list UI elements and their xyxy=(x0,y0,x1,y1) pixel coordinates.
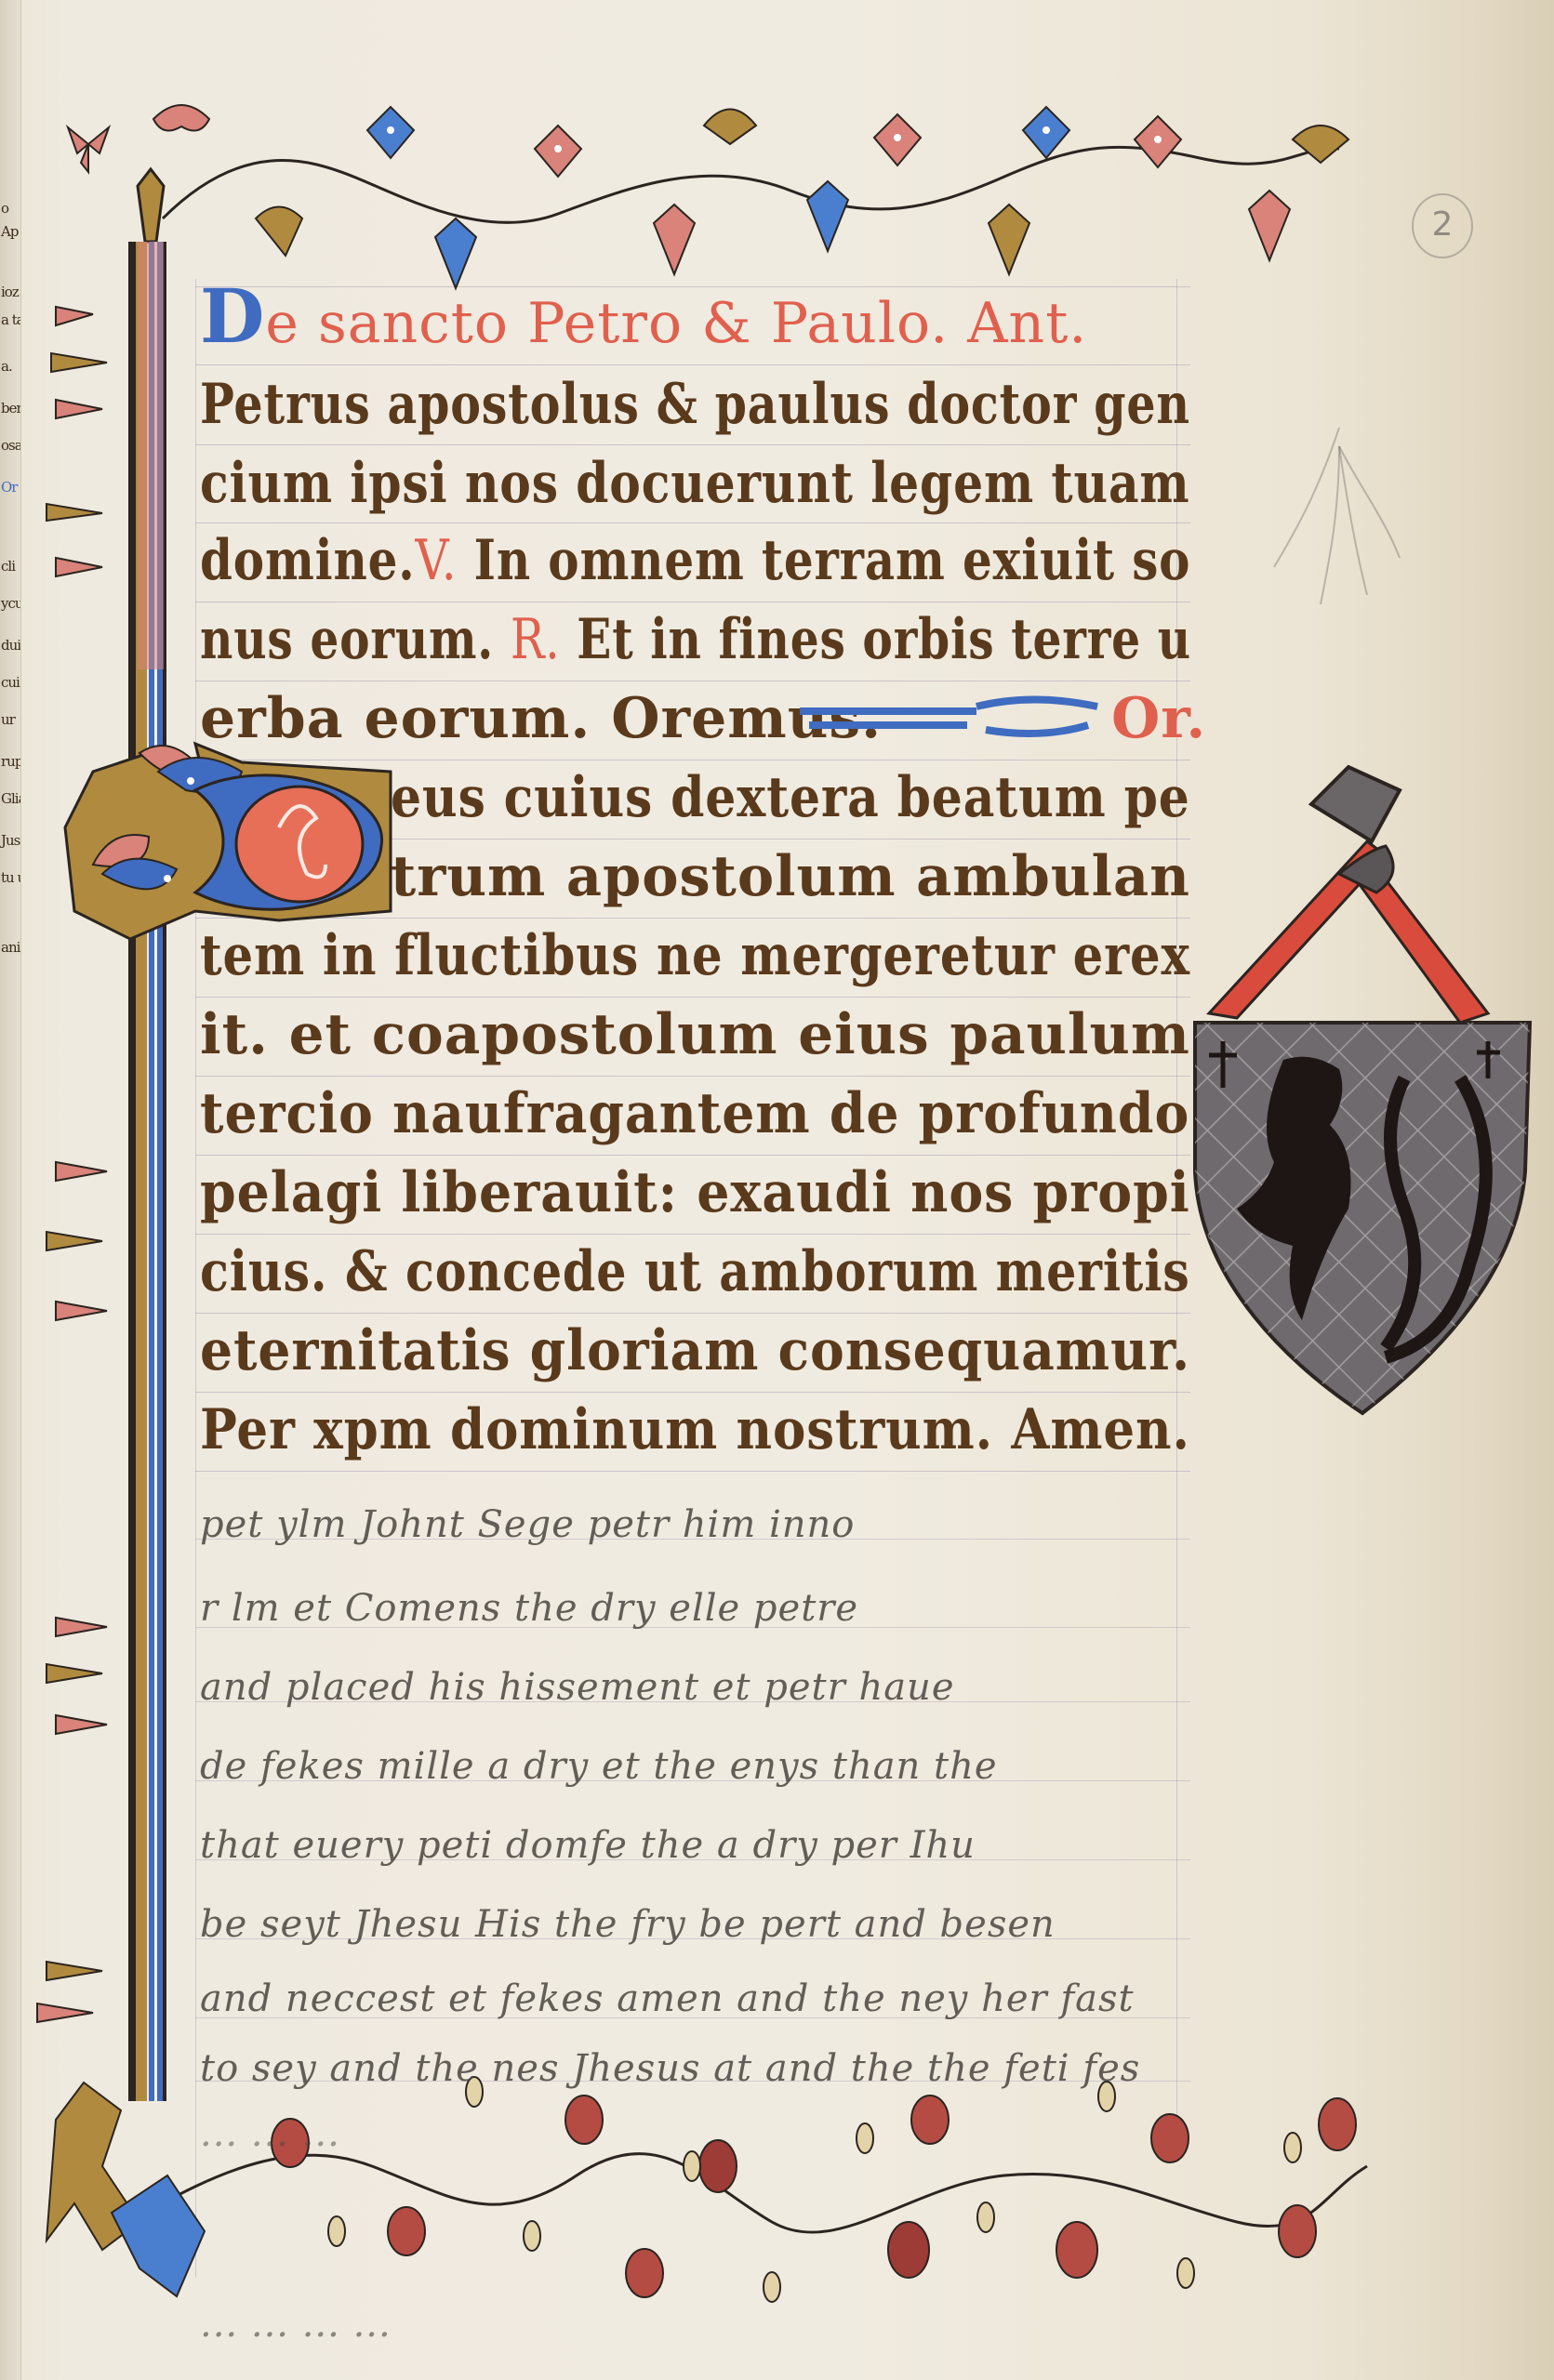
text-line: pelagi liberauit: exaudi nos propi xyxy=(200,1165,1190,1221)
versicle-marker: V. xyxy=(416,528,458,593)
annotation-line: ... ... ... xyxy=(200,2115,340,2152)
oratio-marker: Or. xyxy=(1111,691,1206,747)
rubric-initial: D xyxy=(200,272,265,360)
left-sprigs xyxy=(37,307,107,2022)
text-line: erba eorum. Oremus. xyxy=(200,691,882,747)
response-text: Et in fines orbis terre u xyxy=(577,607,1191,672)
text-line: Per xpm dominum nostrum. Amen. xyxy=(200,1402,1190,1458)
annotation-line: and neccest et fekes amen and the ney he… xyxy=(200,1980,1135,2017)
text-line: nus eorum. R. Et in fines orbis terre u xyxy=(200,612,1191,668)
response-text: erba eorum. xyxy=(200,686,591,751)
annotation-line: de fekes mille a dry et the enys than th… xyxy=(200,1748,998,1785)
text-line: Petrus apostolus & paulus doctor gen xyxy=(200,377,1190,432)
heraldic-shield xyxy=(1181,762,1544,1450)
trefoil-leaves-top xyxy=(68,105,1348,288)
annotation-line: be seyt Jhesu His the fry be pert and be… xyxy=(200,1906,1056,1943)
rubric-text: e sancto Petro & Paulo. Ant. xyxy=(265,291,1087,356)
manuscript-page: o Ap ioz a ta a. ben osa Or cli ycu dui … xyxy=(0,0,1554,2380)
folio-number: 2 xyxy=(1412,193,1473,258)
text-line: cius. & concede ut amborum meritis xyxy=(200,1244,1190,1300)
text-line: cium ipsi nos docuerunt legem tuam xyxy=(200,456,1190,511)
text-line: eternitatis gloriam consequamur. xyxy=(200,1323,1190,1379)
pencil-leaf-sketch xyxy=(1274,428,1400,604)
text-line: eus cuius dextera beatum pe xyxy=(391,770,1190,826)
left-border-bar xyxy=(128,169,166,2101)
text-line: domine.V. In omnem terram exiuit so xyxy=(200,533,1190,588)
antiphon-end: domine. xyxy=(200,528,416,593)
bottom-vine xyxy=(46,2077,1367,2302)
illuminated-initial-d xyxy=(56,725,391,939)
annotation-line: and placed his hissement et petr haue xyxy=(200,1669,955,1706)
annotation-line: to sey and the nes Jhesus at and the the… xyxy=(200,2050,1140,2087)
annotation-line: that euery peti domfe the a dry per Ihu xyxy=(200,1827,976,1864)
versicle-text: nus eorum. xyxy=(200,607,494,672)
text-line: trum apostolum ambulan xyxy=(391,849,1190,905)
rubric-heading: De sancto Petro & Paulo. Ant. xyxy=(200,279,1087,353)
versicle-text: In omnem terram exiuit so xyxy=(474,528,1191,593)
text-line: tercio naufragantem de profundo xyxy=(200,1086,1189,1142)
annotation-line: r lm et Comens the dry elle petre xyxy=(200,1590,858,1627)
text-line: it. et coapostolum eius paulum xyxy=(200,1007,1190,1063)
annotation-line: ... ... ... ... xyxy=(200,2306,392,2343)
line-filler xyxy=(790,688,1125,744)
response-marker: R. xyxy=(511,607,561,672)
annotation-line: pet ylm Johnt Sege petr him inno xyxy=(200,1506,855,1543)
text-line: tem in fluctibus ne mergeretur erex xyxy=(200,928,1190,984)
